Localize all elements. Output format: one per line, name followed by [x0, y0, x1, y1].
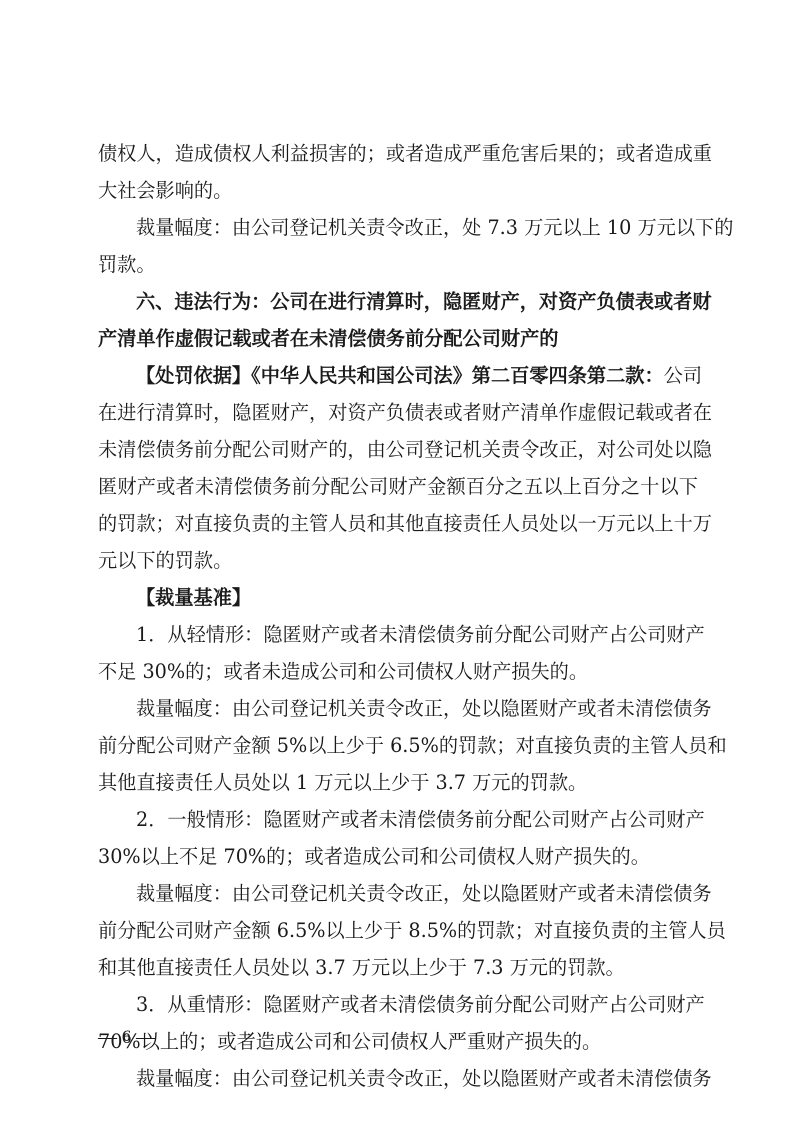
text-line: 匿财产或者未清偿债务前分配公司财产金额百分之五以上百分之十以下 — [98, 473, 698, 501]
text-line: 3．从重情形：隐匿财产或者未清偿债务前分配公司财产占公司财产 — [136, 991, 698, 1019]
text-line: 前分配公司财产金额 5%以上少于 6.5%的罚款；对直接负责的主管人员和 — [98, 732, 698, 760]
text-line: 30%以上不足 70%的；或者造成公司和公司债权人财产损失的。 — [98, 843, 650, 871]
text-line: 裁量幅度：由公司登记机关责令改正，处以隐匿财产或者未清偿债务 — [136, 1065, 698, 1093]
section-heading: 产清单作虚假记载或者在未清偿债务前分配公司财产的 — [98, 325, 559, 353]
penalty-basis-label: 【处罚依据】《中华人民共和国公司法》第二百零四条第二款： — [136, 362, 664, 390]
text-line: 和其他直接责任人员处以 3.7 万元以上少于 7.3 万元的罚款。 — [98, 954, 625, 982]
text-line: 裁量幅度：由公司登记机关责令改正，处以隐匿财产或者未清偿债务 — [136, 695, 698, 723]
text-line: 1．从轻情形：隐匿财产或者未清偿债务前分配公司财产占公司财产 — [136, 621, 698, 649]
text-line: 的罚款；对直接负责的主管人员和其他直接责任人员处以一万元以上十万 — [98, 510, 698, 538]
section-heading: 六、违法行为：公司在进行清算时，隐匿财产，对资产负债表或者财 — [136, 288, 698, 316]
discretion-standard-heading: 【裁量基准】 — [136, 584, 251, 612]
text-line: 前分配公司财产金额 6.5%以上少于 8.5%的罚款；对直接负责的主管人员 — [98, 917, 698, 945]
page-number: — 6 — — [98, 1024, 155, 1052]
text-line: 在进行清算时，隐匿财产，对资产负债表或者财产清单作虚假记载或者在 — [98, 399, 698, 427]
text-fragment: 公司 — [664, 362, 702, 390]
penalty-basis-line: 【处罚依据】《中华人民共和国公司法》第二百零四条第二款： 公司 — [136, 362, 698, 390]
text-line: 2．一般情形：隐匿财产或者未清偿债务前分配公司财产占公司财产 — [136, 806, 698, 834]
text-line: 其他直接责任人员处以 1 万元以上少于 3.7 万元的罚款。 — [98, 769, 587, 797]
text-line: 不足 30%的；或者未造成公司和公司债权人财产损失的。 — [98, 658, 588, 686]
text-line: 债权人，造成债权人利益损害的；或者造成严重危害后果的；或者造成重 — [98, 140, 698, 168]
text-line: 裁量幅度：由公司登记机关责令改正，处以隐匿财产或者未清偿债务 — [136, 880, 698, 908]
text-line: 罚款。 — [98, 251, 156, 279]
text-line: 未清偿债务前分配公司财产的，由公司登记机关责令改正，对公司处以隐 — [98, 436, 698, 464]
text-line: 裁量幅度：由公司登记机关责令改正，处 7.3 万元以上 10 万元以下的 — [136, 214, 698, 242]
text-line: 70%以上的；或者造成公司和公司债权人严重财产损失的。 — [98, 1028, 601, 1056]
text-line: 元以下的罚款。 — [98, 547, 232, 575]
text-line: 大社会影响的。 — [98, 177, 232, 205]
